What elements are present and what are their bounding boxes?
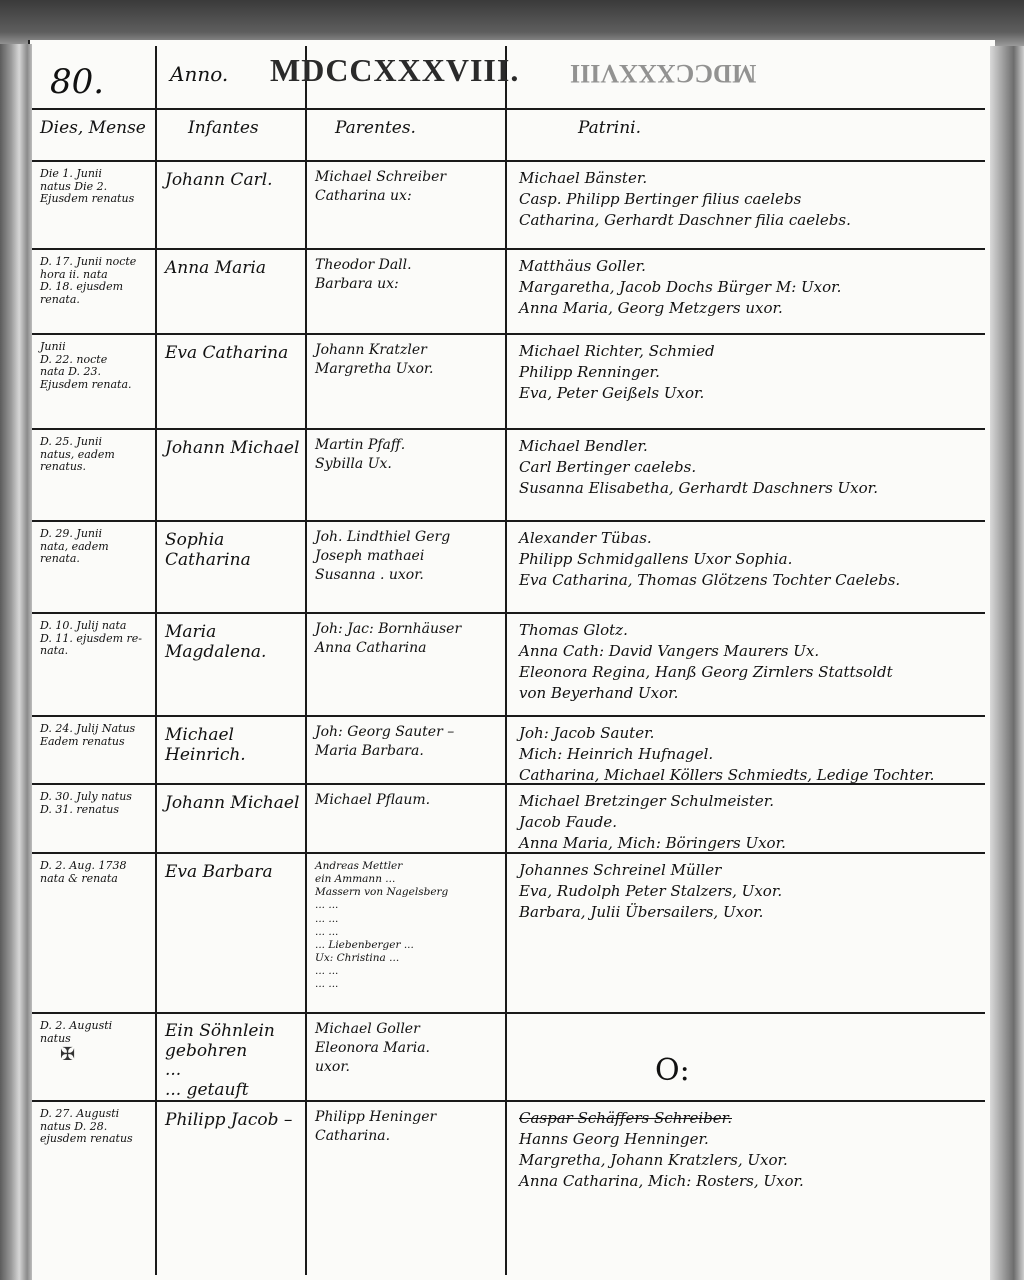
entry-date: D. 10. Julij nataD. 11. ejusdem re-nata. (40, 620, 153, 658)
row-rule (32, 333, 985, 335)
sponsor-line: Michael Bendler. (519, 436, 979, 457)
entry-sponsors: Michael Bänster.Casp. Philipp Bertinger … (519, 168, 979, 231)
sponsor-line: Hanns Georg Henninger. (519, 1129, 979, 1150)
sponsor-line: Michael Richter, Schmied (519, 341, 979, 362)
sponsor-line: Anna Maria, Georg Metzgers uxor. (519, 298, 979, 319)
sponsor-line: Michael Bretzinger Schulmeister. (519, 791, 979, 812)
parent-line: Philipp Heninger (315, 1108, 501, 1127)
infant-note-line: Ein Söhnlein gebohren (165, 1022, 301, 1061)
date-line: renatus. (40, 461, 153, 474)
parent-line: ... ... (315, 965, 501, 978)
row-rule (32, 612, 985, 614)
parent-line: ... ... (315, 978, 501, 991)
entry-infant: Johann Michael (165, 438, 301, 458)
sponsor-line: Michael Bänster. (519, 168, 979, 189)
sponsor-line: Philipp Schmidgallens Uxor Sophia. (519, 549, 979, 570)
entry-sponsors: Thomas Glotz.Anna Cath: David Vangers Ma… (519, 620, 979, 704)
entry-infant: Ein Söhnlein gebohren...... getauft (165, 1022, 301, 1100)
sponsor-line: Catharina, Gerhardt Daschner filia caele… (519, 210, 979, 231)
entry-parents: Theodor Dall.Barbara ux: (315, 256, 501, 294)
parent-line: Barbara ux: (315, 275, 501, 294)
entry-infant: Johann Michael (165, 793, 301, 813)
sponsor-line: Anna Cath: David Vangers Maurers Ux. (519, 641, 979, 662)
sponsor-line: Eva, Rudolph Peter Stalzers, Uxor. (519, 881, 979, 902)
parent-line: Joh: Jac: Bornhäuser (315, 620, 501, 639)
sponsor-line: Eva Catharina, Thomas Glötzens Tochter C… (519, 570, 979, 591)
column-header-dies: Dies, Mense (40, 118, 146, 138)
entry-parents: Johann KratzlerMargretha Uxor. (315, 341, 501, 379)
date-line: natus (40, 1033, 153, 1046)
date-line: Die 1. Junii (40, 168, 153, 181)
parent-line: Andreas Mettler (315, 860, 501, 873)
row-rule (32, 1100, 985, 1102)
column-rule (155, 46, 157, 1275)
sponsor-line: von Beyerhand Uxor. (519, 683, 979, 704)
entry-parents: Joh. Lindthiel GergJoseph mathaeiSusanna… (315, 528, 501, 585)
date-line: nata & renata (40, 873, 153, 886)
parent-line: Theodor Dall. (315, 256, 501, 275)
entry-infant: Johann Carl. (165, 170, 301, 190)
sponsor-line: Margaretha, Jacob Dochs Bürger M: Uxor. (519, 277, 979, 298)
sponsor-line: Philipp Renninger. (519, 362, 979, 383)
sponsor-line: Matthäus Goller. (519, 256, 979, 277)
date-line: D. 25. Junii (40, 436, 153, 449)
row-rule (32, 108, 985, 110)
entry-parents: Martin Pfaff.Sybilla Ux. (315, 436, 501, 474)
entry-parents: Andreas Mettlerein Ammann ...Massern von… (315, 860, 501, 991)
sponsor-line: Jacob Faude. (519, 812, 979, 833)
entry-date: D. 2. Aug. 1738nata & renata (40, 860, 153, 885)
entry-parents: Joh: Georg Sauter –Maria Barbara. (315, 723, 501, 761)
date-line: Junii (40, 341, 153, 354)
row-rule (32, 715, 985, 717)
entry-infant: Eva Catharina (165, 343, 301, 363)
sponsor-line: Anna Maria, Mich: Böringers Uxor. (519, 833, 979, 854)
sponsor-line: Johannes Schreinel Müller (519, 860, 979, 881)
date-line: nata. (40, 645, 153, 658)
entry-infant: Michael Heinrich. (165, 725, 301, 766)
parent-line: Joh: Georg Sauter – (315, 723, 501, 742)
entry-parents: Philipp HeningerCatharina. (315, 1108, 501, 1146)
sponsor-line: Eva, Peter Geißels Uxor. (519, 383, 979, 404)
row-rule (32, 1012, 985, 1014)
column-header-infantes: Infantes (188, 118, 259, 138)
entry-sponsors: Joh: Jacob Sauter.Mich: Heinrich Hufnage… (519, 723, 979, 786)
entry-parents: Joh: Jac: BornhäuserAnna Catharina (315, 620, 501, 658)
page-number: 80. (50, 62, 104, 102)
parent-line: Michael Goller (315, 1020, 501, 1039)
book-binding (0, 44, 32, 1280)
entry-date: D. 2. Augustinatus✠ (40, 1020, 153, 1066)
anno-label: Anno. (170, 62, 228, 86)
sponsor-line: Carl Bertinger caelebs. (519, 457, 979, 478)
entry-sponsors: Matthäus Goller.Margaretha, Jacob Dochs … (519, 256, 979, 319)
date-line: D. 10. Julij nata (40, 620, 153, 633)
parent-line: ein Ammann ... (315, 873, 501, 886)
entry-parents: Michael SchreiberCatharina ux: (315, 168, 501, 206)
parent-line: Ux: Christina ... (315, 952, 501, 965)
sponsor-line: Eleonora Regina, Hanß Georg Zirnlers Sta… (519, 662, 979, 683)
sponsor-line: Anna Catharina, Mich: Rosters, Uxor. (519, 1171, 979, 1192)
infant-note-line: ... (165, 1061, 301, 1081)
row-rule (32, 520, 985, 522)
parent-line: ... ... (315, 899, 501, 912)
entry-sponsors: Michael Richter, SchmiedPhilipp Renninge… (519, 341, 979, 404)
date-line: D. 27. Augusti (40, 1108, 153, 1121)
parent-line: Margretha Uxor. (315, 360, 501, 379)
sponsor-line: Susanna Elisabetha, Gerhardt Daschners U… (519, 478, 979, 499)
date-line: Ejusdem renata. (40, 379, 153, 392)
date-line: D. 31. renatus (40, 804, 153, 817)
parent-line: Susanna . uxor. (315, 566, 501, 585)
entry-date: D. 29. Juniinata, eademrenata. (40, 528, 153, 566)
date-line: D. 2. Aug. 1738 (40, 860, 153, 873)
entry-date: JuniiD. 22. noctenata D. 23.Ejusdem rena… (40, 341, 153, 392)
sponsor-line: Thomas Glotz. (519, 620, 979, 641)
row-rule (32, 428, 985, 430)
entry-parents: Michael Pflaum. (315, 791, 501, 810)
cross-icon: ✠ (60, 1045, 75, 1066)
parent-line: Sybilla Ux. (315, 455, 501, 474)
column-rule (505, 46, 507, 1275)
parent-line: Catharina. (315, 1127, 501, 1146)
entry-date: Die 1. Juniinatus Die 2.Ejusdem renatus (40, 168, 153, 206)
entry-date: D. 24. Julij NatusEadem renatus (40, 723, 153, 748)
entry-sponsors: Caspar Schäffers Schreiber.Hanns Georg H… (519, 1108, 979, 1192)
parent-line: Michael Schreiber (315, 168, 501, 187)
date-line: D. 29. Junii (40, 528, 153, 541)
date-line: ejusdem renatus (40, 1133, 153, 1146)
sponsor-line: Alexander Tübas. (519, 528, 979, 549)
entry-sponsors: O: (655, 1050, 1024, 1092)
parent-line: Massern von Nagelsberg (315, 886, 501, 899)
row-rule (32, 160, 985, 162)
entry-infant: Sophia Catharina (165, 530, 301, 571)
sponsor-line: Joh: Jacob Sauter. (519, 723, 979, 744)
page-right-edge (990, 46, 1024, 1280)
parent-line: Michael Pflaum. (315, 791, 501, 810)
year-heading: MDCCXXXVIII. (270, 52, 519, 89)
parent-line: Catharina ux: (315, 187, 501, 206)
date-line: D. 2. Augusti (40, 1020, 153, 1033)
parent-line: Anna Catharina (315, 639, 501, 658)
sponsor-line: Margretha, Johann Kratzlers, Uxor. (519, 1150, 979, 1171)
parent-line: Martin Pfaff. (315, 436, 501, 455)
parent-line: Johann Kratzler (315, 341, 501, 360)
row-rule (32, 248, 985, 250)
column-header-parentes: Parentes. (335, 118, 416, 138)
entry-date: D. 27. Augustinatus D. 28.ejusdem renatu… (40, 1108, 153, 1146)
sponsor-line: Casp. Philipp Bertinger filius caelebs (519, 189, 979, 210)
entry-sponsors: Michael Bretzinger Schulmeister.Jacob Fa… (519, 791, 979, 854)
entry-date: D. 25. Juniinatus, eademrenatus. (40, 436, 153, 474)
column-header-patrini: Patrini. (578, 118, 641, 138)
parent-line: Joseph mathaei (315, 547, 501, 566)
parent-line: uxor. (315, 1058, 501, 1077)
sponsor-line: O: (655, 1050, 1024, 1092)
year-bleedthrough: MDCCXXXVIII (570, 58, 756, 88)
date-line: renata. (40, 553, 153, 566)
entry-infant: Philipp Jacob – (165, 1110, 301, 1130)
parent-line: Joh. Lindthiel Gerg (315, 528, 501, 547)
entry-sponsors: Johannes Schreinel MüllerEva, Rudolph Pe… (519, 860, 979, 923)
parent-line: Maria Barbara. (315, 742, 501, 761)
parent-line: Eleonora Maria. (315, 1039, 501, 1058)
entry-sponsors: Alexander Tübas.Philipp Schmidgallens Ux… (519, 528, 979, 591)
struck-sponsor-line: Caspar Schäffers Schreiber. (519, 1108, 979, 1129)
entry-infant: Anna Maria (165, 258, 301, 278)
sponsor-line: Catharina, Michael Köllers Schmiedts, Le… (519, 765, 979, 786)
parent-line: ... ... (315, 913, 501, 926)
entry-infant: Eva Barbara (165, 862, 301, 882)
date-line: D. 30. July natus (40, 791, 153, 804)
date-line: renata. (40, 294, 153, 307)
sponsor-line: Mich: Heinrich Hufnagel. (519, 744, 979, 765)
infant-note-line: ... getauft (165, 1081, 301, 1101)
entry-infant: Maria Magdalena. (165, 622, 301, 663)
entry-date: D. 17. Junii noctehora ii. nataD. 18. ej… (40, 256, 153, 307)
sponsor-line: Barbara, Julii Übersailers, Uxor. (519, 902, 979, 923)
date-line: D. 24. Julij Natus (40, 723, 153, 736)
column-rule (305, 46, 307, 1275)
date-line: Ejusdem renatus (40, 193, 153, 206)
parent-line: ... ... (315, 926, 501, 939)
parent-line: ... Liebenberger ... (315, 939, 501, 952)
entry-parents: Michael GollerEleonora Maria.uxor. (315, 1020, 501, 1077)
entry-sponsors: Michael Bendler.Carl Bertinger caelebs.S… (519, 436, 979, 499)
date-line: D. 17. Junii nocte (40, 256, 153, 269)
entry-date: D. 30. July natusD. 31. renatus (40, 791, 153, 816)
date-line: Eadem renatus (40, 736, 153, 749)
